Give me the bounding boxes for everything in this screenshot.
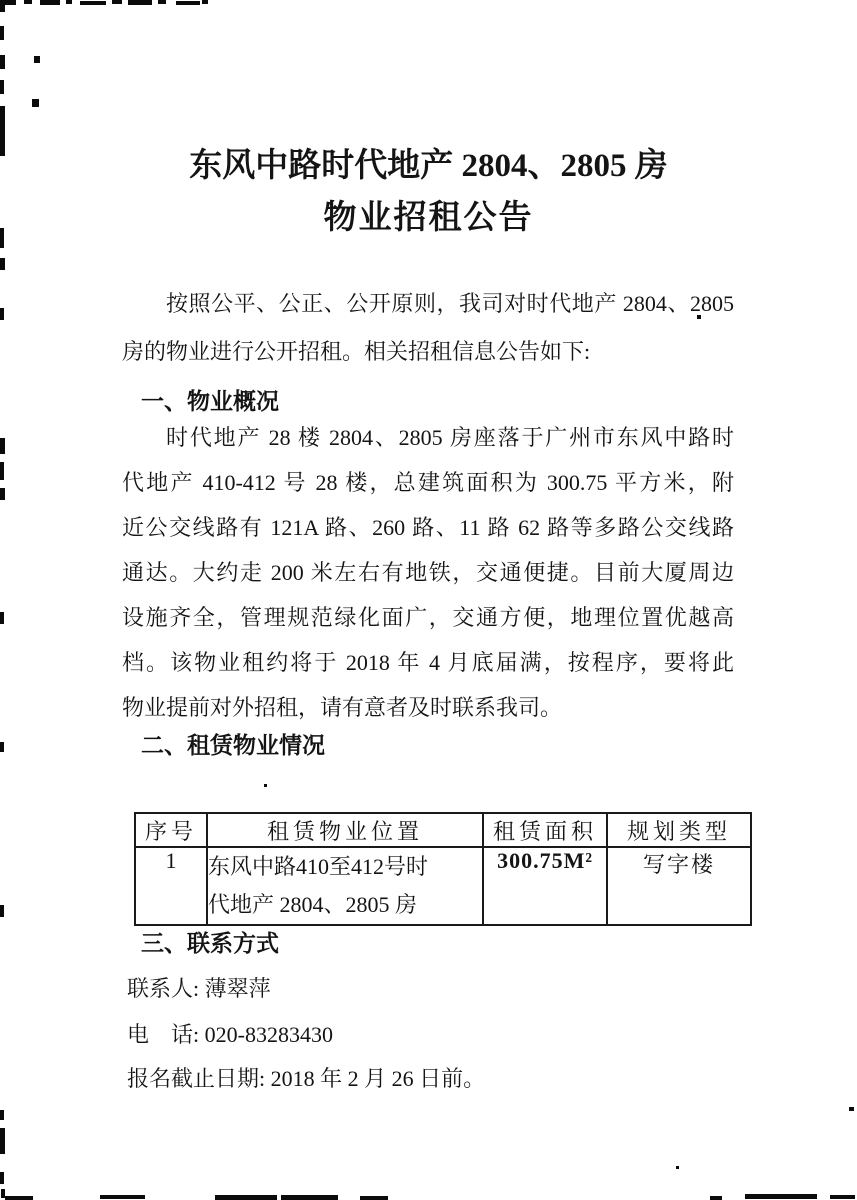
scan-artifact — [158, 0, 166, 4]
scan-artifact — [830, 1195, 855, 1199]
scan-artifact — [0, 1172, 4, 1184]
scan-artifact — [66, 0, 72, 4]
overview-line: 物业提前对外招租，请有意者及时联系我司。 — [122, 685, 734, 730]
scan-artifact — [0, 0, 5, 12]
col-header-location: 租赁物业位置 — [207, 813, 483, 847]
scan-artifact — [100, 1195, 145, 1199]
section3-heading: 三、联系方式 — [141, 929, 279, 959]
scan-artifact — [0, 0, 16, 5]
scan-artifact — [0, 462, 4, 480]
scan-artifact — [676, 1166, 679, 1169]
table-header-row: 序号 租赁物业位置 租赁面积 规划类型 — [135, 813, 751, 847]
scan-artifact — [281, 1195, 338, 1200]
scan-artifact — [0, 80, 4, 94]
intro-line: 房的物业进行公开招租。相关招租信息公告如下: — [122, 328, 734, 376]
scan-artifact — [1, 1189, 5, 1198]
col-header-serial: 序号 — [135, 813, 207, 847]
scan-artifact — [0, 55, 5, 69]
scan-artifact — [0, 905, 4, 917]
cell-plan-type: 写字楼 — [607, 847, 751, 925]
scan-artifact — [849, 1107, 854, 1111]
title-line-1: 东风中路时代地产 2804、2805 房 — [0, 140, 857, 192]
col-header-plan-type: 规划类型 — [607, 813, 751, 847]
scan-artifact — [5, 1196, 33, 1200]
scan-artifact — [202, 0, 208, 4]
overview-line: 通达。大约走 200 米左右有地铁，交通便捷。目前大厦周边 — [122, 550, 734, 595]
scan-artifact — [112, 0, 122, 4]
scan-artifact — [264, 784, 267, 787]
scan-artifact — [0, 488, 5, 500]
scan-artifact — [32, 99, 39, 107]
scanned-document-page: 东风中路时代地产 2804、2805 房 物业招租公告 按照公平、公正、公开原则… — [0, 0, 857, 1200]
location-line-1: 东风中路410至412号时 — [208, 848, 482, 886]
scan-artifact — [710, 1196, 722, 1200]
table-row: 1 东风中路410至412号时 代地产 2804、2805 房 300.75M²… — [135, 847, 751, 925]
title-line-2: 物业招租公告 — [0, 192, 857, 244]
col-header-area: 租赁面积 — [483, 813, 607, 847]
cell-location: 东风中路410至412号时 代地产 2804、2805 房 — [207, 847, 483, 925]
scan-artifact — [745, 1194, 817, 1199]
scan-artifact — [0, 438, 5, 454]
overview-line: 近公交线路有 121A 路、260 路、11 路 62 路等多路公交线路 — [122, 505, 734, 550]
scan-artifact — [24, 0, 32, 4]
scan-artifact — [0, 258, 5, 270]
contact-person-line: 联系人: 薄翠萍 — [127, 974, 271, 1004]
scan-artifact — [0, 1128, 5, 1154]
scan-artifact — [0, 26, 4, 40]
overview-line: 设施齐全，管理规范绿化面广，交通方便，地理位置优越高 — [122, 595, 734, 640]
rental-table: 序号 租赁物业位置 租赁面积 规划类型 1 东风中路410至412号时 代地产 … — [134, 812, 752, 926]
cell-serial-number: 1 — [135, 847, 207, 925]
scan-artifact — [0, 742, 4, 752]
scan-artifact — [215, 1195, 277, 1200]
section2-heading: 二、租赁物业情况 — [141, 731, 325, 761]
document-title: 东风中路时代地产 2804、2805 房 物业招租公告 — [0, 140, 857, 244]
section1-heading: 一、物业概况 — [141, 387, 279, 417]
scan-artifact — [0, 1110, 4, 1120]
overview-line: 代地产 410-412 号 28 楼，总建筑面积为 300.75 平方米，附 — [122, 460, 734, 505]
scan-artifact — [128, 0, 152, 5]
deadline-line: 报名截止日期: 2018 年 2 月 26 日前。 — [127, 1064, 485, 1094]
overview-line: 档。该物业租约将于 2018 年 4 月底届满，按程序，要将此 — [122, 640, 734, 685]
scan-artifact — [0, 612, 4, 624]
intro-line: 按照公平、公正、公开原则，我司对时代地产 2804、2805 — [122, 280, 734, 328]
location-line-2: 代地产 2804、2805 房 — [208, 886, 482, 924]
scan-artifact — [34, 56, 40, 63]
cell-area: 300.75M² — [483, 847, 607, 925]
overview-line: 时代地产 28 楼 2804、2805 房座落于广州市东风中路时 — [122, 415, 734, 460]
scan-artifact — [0, 308, 4, 320]
overview-paragraph: 时代地产 28 楼 2804、2805 房座落于广州市东风中路时 代地产 410… — [122, 415, 734, 730]
phone-line: 电 话: 020-83283430 — [127, 1020, 333, 1050]
scan-artifact — [176, 1, 200, 5]
intro-paragraph: 按照公平、公正、公开原则，我司对时代地产 2804、2805 房的物业进行公开招… — [122, 280, 734, 376]
scan-artifact — [40, 0, 60, 5]
scan-artifact — [360, 1196, 388, 1200]
scan-artifact — [80, 1, 106, 5]
